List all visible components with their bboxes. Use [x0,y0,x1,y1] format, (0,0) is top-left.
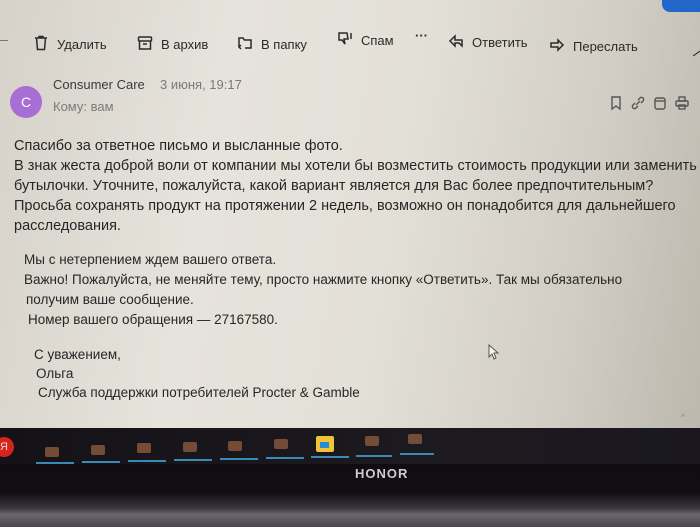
spam-label: Спам [361,33,394,48]
device-brand-logo: HONOR [355,466,408,481]
folder-move-icon [236,34,254,55]
more-button[interactable]: ··· [415,28,428,43]
signature-line: С уважением, [34,345,360,364]
yandex-browser-icon[interactable]: Я [0,437,14,457]
mouse-cursor-icon [488,344,500,365]
archive-button[interactable]: В архив [136,34,208,55]
ticket-number: Номер вашего обращения — 27167580. [24,310,622,330]
move-label: В папку [261,37,307,52]
taskbar-app-icon[interactable] [365,436,379,446]
delete-button[interactable]: Удалить [32,34,107,55]
body-line: Спасибо за ответное письмо и высланные ф… [14,136,694,156]
trash-icon [32,34,50,55]
message-body: Спасибо за ответное письмо и высланные ф… [14,136,694,236]
taskbar-indicator [356,455,392,457]
tray-chevron-up-icon[interactable]: ^ [681,412,685,422]
reply-button[interactable]: Ответить [447,32,528,53]
mail-screen: Удалить В архив В папку Спам ··· Ответит… [0,0,700,428]
taskbar-indicator [400,453,434,455]
reply-icon [447,32,465,53]
recipient: Кому: вам [53,99,114,114]
forward-button[interactable]: Переслать [548,36,638,57]
forward-label: Переслать [573,39,638,54]
taskbar-indicator [220,458,258,460]
archive-label: В архив [161,37,208,52]
more-icon: ··· [415,28,428,43]
signature-line: Служба поддержки потребителей Procter & … [34,383,360,402]
archive-icon [136,34,154,55]
taskbar-app-icon[interactable] [137,443,151,453]
taskbar-app-icon[interactable] [45,447,59,457]
message-body-notice: Мы с нетерпением ждем вашего ответа. Важ… [24,250,622,330]
taskbar-indicator [128,460,166,462]
body-line: Мы с нетерпением ждем вашего ответа. [24,250,622,270]
body-line: В знак жеста доброй воли от компании мы … [14,156,694,176]
taskbar-app-icon[interactable] [183,442,197,452]
top-action-button[interactable] [662,0,700,12]
message-actions [608,95,690,111]
taskbar-indicator [82,461,120,463]
taskbar-indicator [266,457,304,459]
taskbar-app-icon[interactable] [274,439,288,449]
thumbs-down-icon [336,30,354,51]
reply-label: Ответить [472,35,528,50]
signature: С уважением, Ольга Служба поддержки потр… [34,345,360,402]
sender-name[interactable]: Consumer Care [53,77,145,92]
calendar-icon[interactable] [652,95,668,111]
file-explorer-icon[interactable] [316,436,334,452]
taskbar-app-icon[interactable] [228,441,242,451]
taskbar: Я [0,428,700,464]
laptop-bezel [0,464,700,527]
taskbar-app-icon[interactable] [408,434,422,444]
print-icon[interactable] [674,95,690,111]
signature-line: Ольга [34,364,360,383]
taskbar-indicator [174,459,212,461]
body-line: расследования. [14,216,694,236]
bookmark-icon[interactable] [608,95,624,111]
body-line: Просьба сохранять продукт на протяжении … [14,196,694,216]
avatar: C [10,86,42,118]
body-line: получим ваше сообщение. [24,290,622,310]
message-date: 3 июня, 19:17 [160,77,242,92]
delete-label: Удалить [57,37,107,52]
body-line: бутылочки. Уточните, пожалуйста, какой в… [14,176,694,196]
taskbar-indicator [311,456,349,458]
message-toolbar: Удалить В архив В папку Спам ··· Ответит… [0,28,700,60]
move-to-folder-button[interactable]: В папку [236,34,307,55]
body-line: Важно! Пожалуйста, не меняйте тему, прос… [24,270,622,290]
link-icon[interactable] [630,95,646,111]
forward-icon [548,36,566,57]
taskbar-app-icon[interactable] [91,445,105,455]
spam-button[interactable]: Спам [336,30,394,51]
